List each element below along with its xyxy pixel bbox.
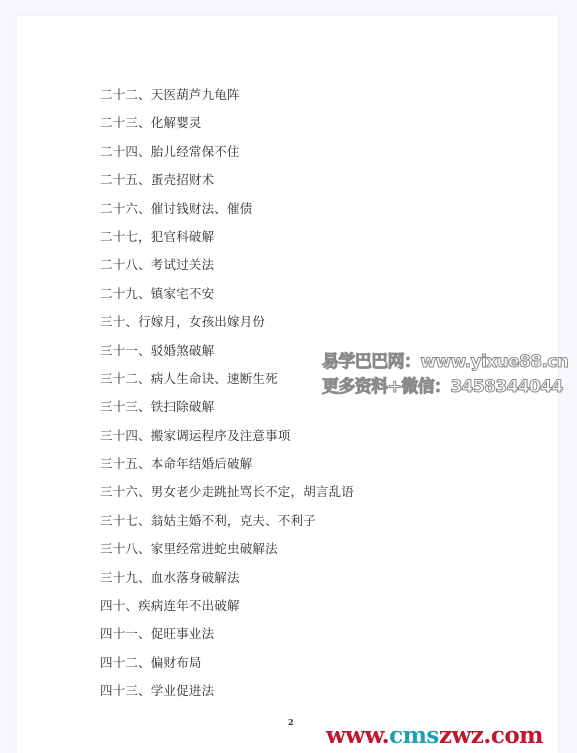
watermark-line-contact: 更多资料+微信：3458344044 [322,375,568,400]
toc-item: 三十一、驳婚煞破解 [100,342,354,370]
toc-item: 三十二、病人生命诀、速断生死 [100,370,354,398]
toc-item: 三十三、铁扫除破解 [100,398,354,426]
toc-item: 二十五、蛋壳招财术 [100,171,354,199]
toc-item: 二十六、催讨钱财法、催债 [100,200,354,228]
toc-item: 二十三、化解婴灵 [100,114,354,142]
toc-item: 三十六、男女老少走跳扯骂长不定，胡言乱语 [100,483,354,511]
toc-item: 三十、行嫁月，女孩出嫁月份 [100,313,354,341]
toc-item: 二十七，犯官科破解 [100,228,354,256]
toc-item: 四十三、学业促进法 [100,682,354,710]
toc-item: 四十、疾病连年不出破解 [100,597,354,625]
toc-item: 四十一、促旺事业法 [100,625,354,653]
toc-item: 二十八、考试过关法 [100,256,354,284]
site-watermark-prefix: www. [326,722,389,749]
page-number: 2 [288,717,294,727]
toc-item: 二十九、镇家宅不安 [100,285,354,313]
site-watermark: www.cmszwz.com [326,722,543,750]
toc-item: 三十八、家里经常进蛇虫破解法 [100,540,354,568]
table-of-contents: 二十二、天医葫芦九龟阵 二十三、化解婴灵 二十四、胎儿经常保不住 二十五、蛋壳招… [100,86,354,711]
toc-item: 三十七、翁姑主婚不利，克夫、不利子 [100,512,354,540]
toc-item: 二十四、胎儿经常保不住 [100,143,354,171]
toc-item: 三十五、本命年结婚后破解 [100,455,354,483]
overlay-watermark: 易学巴巴网：www.yixue88.cn 更多资料+微信：3458344044 [322,350,568,400]
site-watermark-middle: cms [389,722,439,749]
site-watermark-suffix: zwz.com [439,722,543,749]
toc-item: 三十九、血水落身破解法 [100,569,354,597]
toc-item: 四十二、偏财布局 [100,654,354,682]
watermark-line-website: 易学巴巴网：www.yixue88.cn [322,350,568,375]
toc-item: 三十四、搬家调运程序及注意事项 [100,427,354,455]
toc-item: 二十二、天医葫芦九龟阵 [100,86,354,114]
